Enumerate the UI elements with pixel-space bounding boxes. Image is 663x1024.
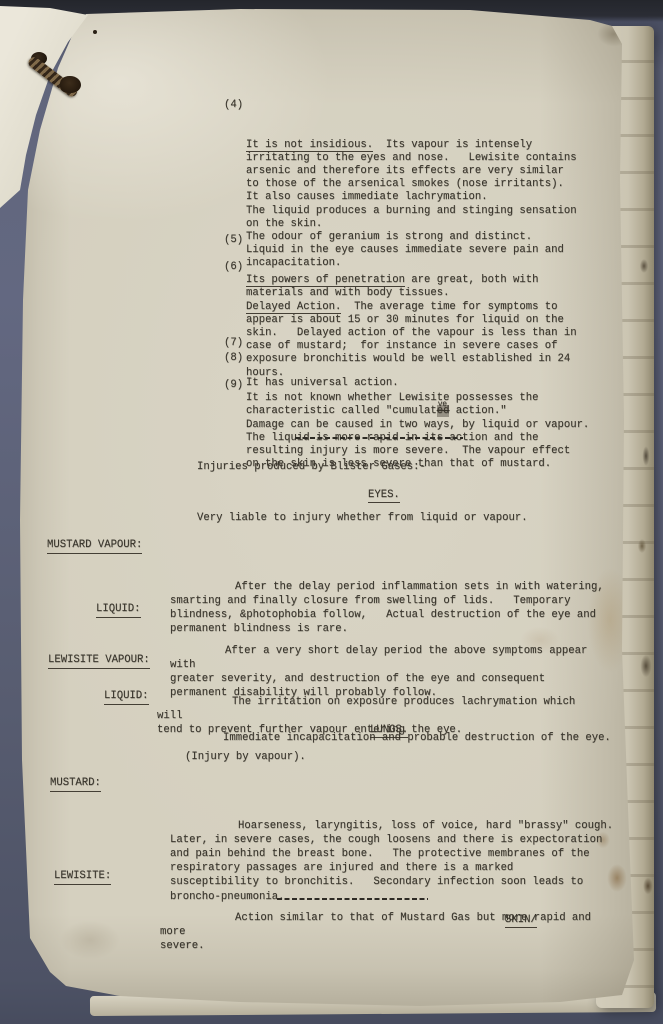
item-number: (5) — [224, 234, 243, 247]
definition-label: LIQUID: — [104, 689, 149, 705]
definition-row: LEWISITE: Action similar to that of Must… — [0, 869, 663, 981]
definition-text: Action similar to that of Mustard Gas bu… — [160, 911, 610, 953]
injuries-heading: Injuries produced by Blister Gases:- — [197, 461, 426, 474]
document-page: (4) It is not insidious. Its vapour is i… — [0, 0, 663, 1024]
lungs-section-heading: LUNGS. — [370, 724, 408, 737]
definition-row: LIQUID: Immediate incapacitation and pro… — [0, 689, 663, 773]
item-number: (6) — [224, 261, 243, 274]
dashed-separator — [277, 898, 428, 900]
item-lead-underlined: It is not insidious. — [246, 139, 373, 153]
dashed-separator — [295, 437, 463, 439]
eyes-title: EYES. — [368, 489, 400, 503]
definition-label: LEWISITE: — [54, 869, 111, 885]
item-lead-underlined: Delayed Action. — [246, 301, 341, 315]
definition-label: LIQUID: — [96, 602, 141, 618]
item-number: (7) — [224, 337, 243, 350]
lungs-subtitle: (Injury by vapour). — [185, 751, 306, 764]
twine-knot — [60, 76, 81, 93]
definition-label: LEWISITE VAPOUR: — [48, 653, 150, 669]
photo-background: (4) It is not insidious. Its vapour is i… — [0, 0, 663, 1024]
paper-speck — [93, 30, 97, 34]
item-number: (9) — [224, 379, 243, 392]
item-number: (8) — [224, 352, 243, 365]
catchword-skin: SKIN/ — [505, 914, 537, 927]
eyes-section-heading: EYES. — [368, 489, 400, 502]
definition-label: MUSTARD: — [50, 776, 101, 792]
definition-label: MUSTARD VAPOUR: — [47, 538, 142, 554]
item-number: (4) — [224, 99, 243, 112]
skin-label: SKIN/ — [505, 914, 537, 928]
lungs-title: LUNGS. — [370, 724, 408, 738]
eyes-intro: Very liable to injury whether from liqui… — [197, 512, 528, 525]
